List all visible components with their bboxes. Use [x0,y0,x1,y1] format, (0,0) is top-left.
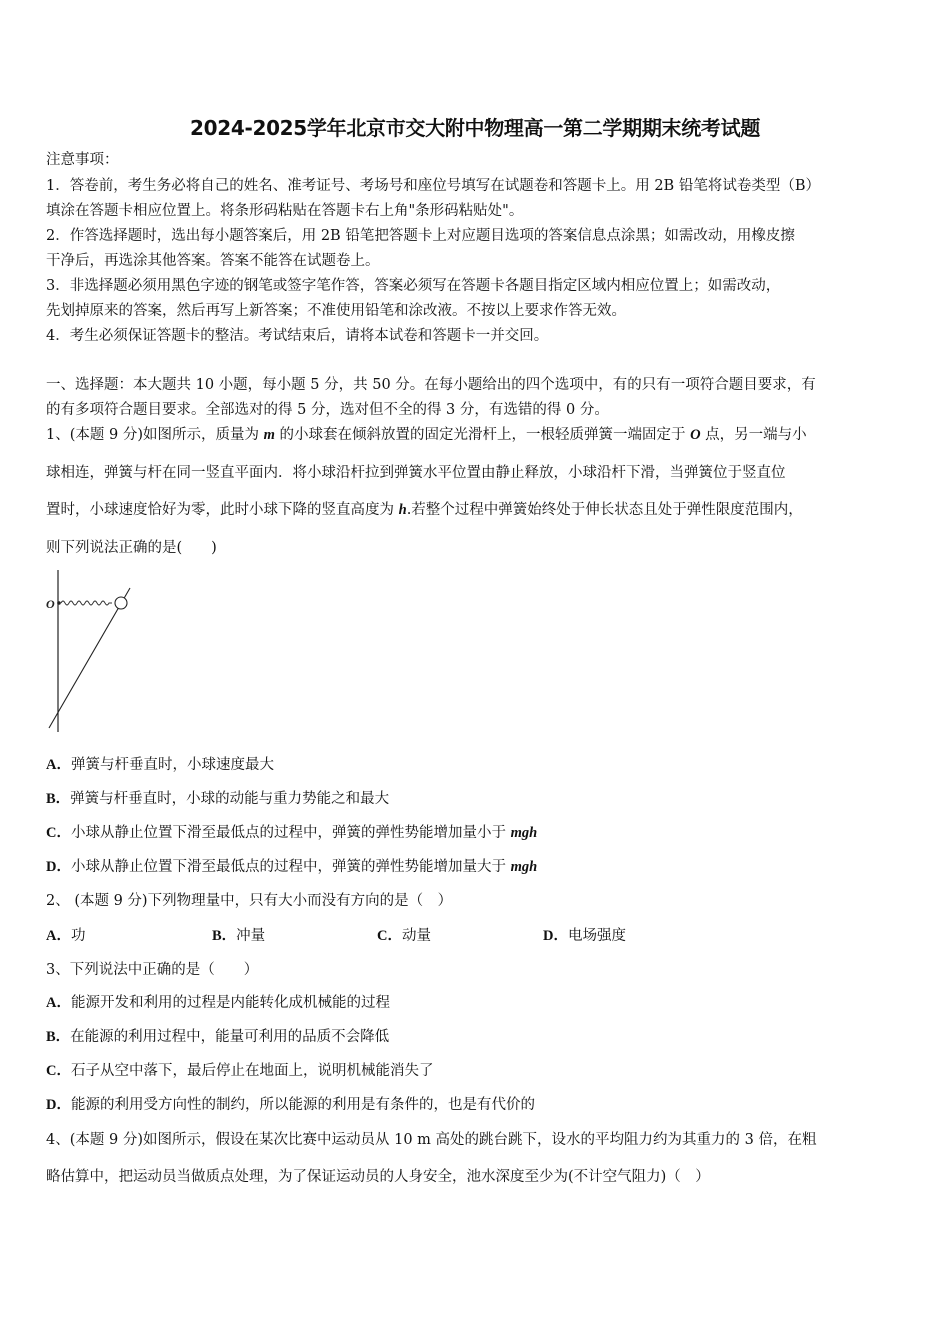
option-label: C． [377,928,402,944]
q1-stem-line: 则下列说法正确的是( ) [46,538,217,558]
q3-option-b[interactable]: B．在能源的利用过程中，能量可利用的品质不会降低 [46,1027,389,1047]
q2-option-c[interactable]: C．动量 [377,926,431,946]
option-text: 弹簧与杆垂直时，小球的动能与重力势能之和最大 [70,791,389,807]
text: 1、(本题 9 分)如图所示，质量为 [46,427,264,443]
q2-option-a[interactable]: A．功 [46,926,85,946]
notice-line: 2．作答选择题时，选出每小题答案后，用 2B 铅笔把答题卡上对应题目选项的答案信… [46,226,795,246]
option-text: 在能源的利用过程中，能量可利用的品质不会降低 [70,1029,389,1045]
var-h: h [399,502,407,518]
q1-stem-line: 球相连，弹簧与杆在同一竖直平面内．将小球沿杆拉到弹簧水平位置由静止释放，小球沿杆… [46,463,786,483]
option-label: D． [543,928,568,944]
spring-rod-diagram: O [40,566,150,736]
var-m: m [264,427,275,443]
notice-line: 1．答卷前，考生务必将自己的姓名、准考证号、考场号和座位号填写在试题卷和答题卡上… [46,176,820,196]
option-label: A． [46,995,71,1011]
q4-stem-line: 略估算中，把运动员当做质点处理，为了保证运动员的人身安全，池水深度至少为(不计空… [46,1167,710,1187]
q4-stem-line: 4、(本题 9 分)如图所示，假设在某次比赛中运动员从 10 m 高处的跳台跳下… [46,1130,816,1150]
exam-page: 2024-2025学年北京市交大附中物理高一第二学期期末统考试题 注意事项： 1… [0,0,950,1344]
q3-stem: 3、下列说法中正确的是（ ） [46,960,258,980]
var-mgh: mgh [511,859,538,875]
spring-rod-diagram-icon: O [40,566,150,736]
text: .若整个过程中弹簧始终处于伸长状态且处于弹性限度范围内， [407,502,803,518]
option-text: 小球从静止位置下滑至最低点的过程中，弹簧的弹性势能增加量大于 [71,859,511,875]
page-title: 2024-2025学年北京市交大附中物理高一第二学期期末统考试题 [0,112,950,141]
option-label: B． [212,928,236,944]
option-text: 弹簧与杆垂直时，小球速度最大 [71,757,274,773]
q3-option-d[interactable]: D．能源的利用受方向性的制约，所以能源的利用是有条件的，也是有代价的 [46,1095,535,1115]
q2-stem: 2、 (本题 9 分)下列物理量中，只有大小而没有方向的是（ ） [46,891,452,911]
q1-option-c[interactable]: C．小球从静止位置下滑至最低点的过程中，弹簧的弹性势能增加量小于 mgh [46,823,537,843]
option-text: 冲量 [236,928,265,944]
notice-heading: 注意事项： [46,150,119,170]
option-text: 石子从空中落下，最后停止在地面上，说明机械能消失了 [71,1063,434,1079]
q1-stem-line: 置时，小球速度恰好为零，此时小球下降的竖直高度为 h.若整个过程中弹簧始终处于伸… [46,500,803,520]
q1-option-a[interactable]: A．弹簧与杆垂直时，小球速度最大 [46,755,274,775]
option-label: B． [46,791,70,807]
text: 则下列说法正确的是( ) [46,540,217,556]
option-text: 电场强度 [568,928,626,944]
var-o: O [690,427,700,443]
q1-option-d[interactable]: D．小球从静止位置下滑至最低点的过程中，弹簧的弹性势能增加量大于 mgh [46,857,537,877]
notice-line: 干净后，再选涂其他答案。答案不能答在试题卷上。 [46,251,380,271]
section-instructions: 一、选择题：本大题共 10 小题，每小题 5 分，共 50 分。在每小题给出的四… [46,375,816,395]
q1-option-b[interactable]: B．弹簧与杆垂直时，小球的动能与重力势能之和最大 [46,789,389,809]
notice-line: 先划掉原来的答案，然后再写上新答案；不准使用铅笔和涂改液。不按以上要求作答无效。 [46,301,626,321]
notice-line: 4．考生必须保证答题卡的整洁。考试结束后，请将本试卷和答题卡一并交回。 [46,326,548,346]
option-label: D． [46,859,71,875]
option-label: B． [46,1029,70,1045]
text: 球相连，弹簧与杆在同一竖直平面内．将小球沿杆拉到弹簧水平位置由静止释放，小球沿杆… [46,465,786,481]
option-text: 小球从静止位置下滑至最低点的过程中，弹簧的弹性势能增加量小于 [71,825,511,841]
svg-text:O: O [46,597,55,611]
option-text: 动量 [402,928,431,944]
q2-option-d[interactable]: D．电场强度 [543,926,626,946]
q3-option-a[interactable]: A．能源开发和利用的过程是内能转化成机械能的过程 [46,993,390,1013]
option-text: 能源的利用受方向性的制约，所以能源的利用是有条件的，也是有代价的 [71,1097,535,1113]
option-label: C． [46,1063,71,1079]
option-label: D． [46,1097,71,1113]
notice-line: 填涂在答题卡相应位置上。将条形码粘贴在答题卡右上角"条形码粘贴处"。 [46,201,523,221]
text: 置时，小球速度恰好为零，此时小球下降的竖直高度为 [46,502,399,518]
option-text: 功 [71,928,86,944]
option-label: A． [46,928,71,944]
section-instructions: 的有多项符合题目要求。全部选对的得 5 分，选对但不全的得 3 分，有选错的得 … [46,400,609,420]
q1-stem-line: 1、(本题 9 分)如图所示，质量为 m 的小球套在倾斜放置的固定光滑杆上，一根… [46,425,807,445]
option-label: A． [46,757,71,773]
option-label: C． [46,825,71,841]
option-text: 能源开发和利用的过程是内能转化成机械能的过程 [71,995,390,1011]
text: 的小球套在倾斜放置的固定光滑杆上，一根轻质弹簧一端固定于 [275,427,690,443]
var-mgh: mgh [511,825,538,841]
notice-line: 3．非选择题必须用黑色字迹的钢笔或签字笔作答，答案必须写在答题卡各题目指定区域内… [46,276,780,296]
text: 点，另一端与小 [701,427,807,443]
q2-option-b[interactable]: B．冲量 [212,926,265,946]
q3-option-c[interactable]: C．石子从空中落下，最后停止在地面上，说明机械能消失了 [46,1061,433,1081]
